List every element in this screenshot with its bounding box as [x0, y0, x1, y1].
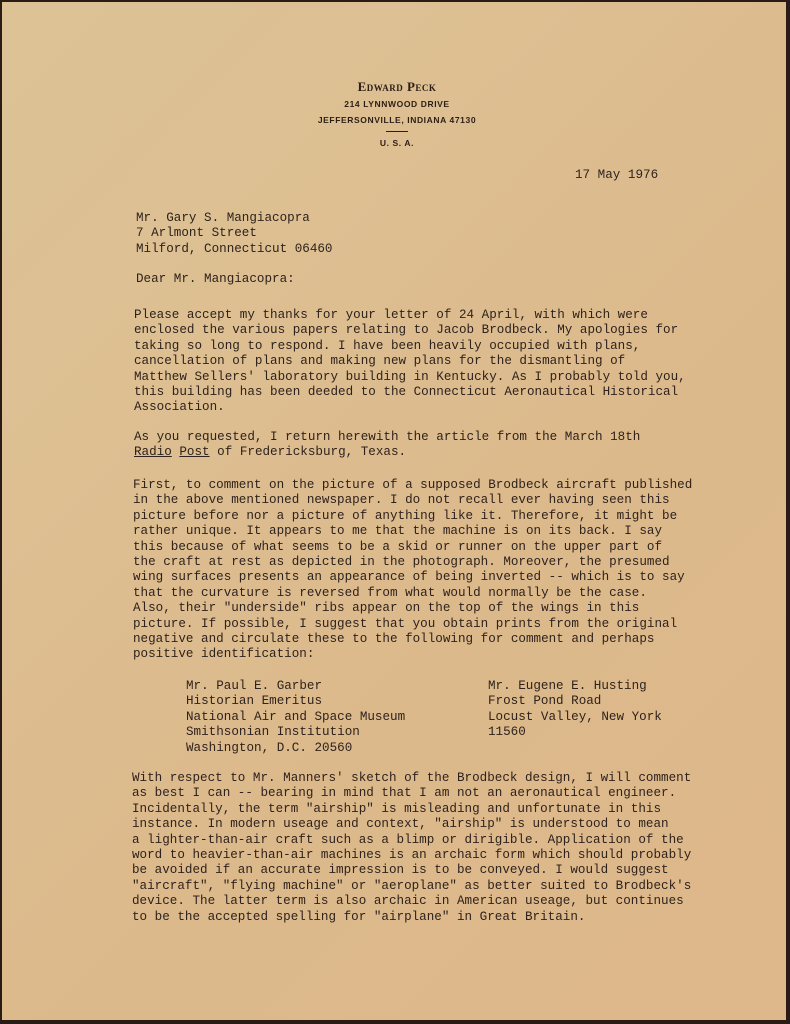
- paragraph-3: First, to comment on the picture of a su…: [133, 478, 692, 663]
- text-line: Mr. Paul E. Garber: [186, 679, 405, 694]
- text-line: device. The latter term is also archaic …: [132, 894, 691, 909]
- text-line: a lighter-than-air craft such as a blimp…: [132, 833, 691, 848]
- paragraph-1: Please accept my thanks for your letter …: [134, 308, 686, 416]
- text-line: Association.: [134, 400, 686, 415]
- text-line: Washington, D.C. 20560: [186, 741, 405, 756]
- recipient-name: Mr. Gary S. Mangiacopra: [136, 211, 333, 226]
- text-line: to be the accepted spelling for "airplan…: [132, 910, 691, 925]
- letterhead-name: Edward Peck: [2, 78, 790, 96]
- text-fragment: of Fredericksburg, Texas.: [210, 445, 407, 459]
- text-line: as best I can -- bearing in mind that I …: [132, 786, 691, 801]
- salutation: Dear Mr. Mangiacopra:: [136, 272, 295, 287]
- publication-title-word: Radio: [134, 445, 172, 459]
- text-line: enclosed the various papers relating to …: [134, 323, 686, 338]
- text-line: Historian Emeritus: [186, 694, 405, 709]
- letterhead-divider: [386, 131, 408, 132]
- text-line: rather unique. It appears to me that the…: [133, 524, 692, 539]
- letterhead-street: 214 Lynnwood Drive: [2, 96, 790, 112]
- text-line: Locust Valley, New York: [488, 710, 662, 725]
- text-line: "aircraft", "flying machine" or "aeropla…: [132, 879, 691, 894]
- text-line: that the curvature is reversed from what…: [133, 586, 692, 601]
- text-line: National Air and Space Museum: [186, 710, 405, 725]
- text-line: wing surfaces presents an appearance of …: [133, 570, 692, 585]
- text-line: positive identification:: [133, 647, 692, 662]
- text-line: Incidentally, the term "airship" is misl…: [132, 802, 691, 817]
- letter-page: Edward Peck 214 Lynnwood Drive Jefferson…: [2, 2, 786, 1020]
- text-line: Please accept my thanks for your letter …: [134, 308, 686, 323]
- text-line: With respect to Mr. Manners' sketch of t…: [132, 771, 691, 786]
- paragraph-4: With respect to Mr. Manners' sketch of t…: [132, 771, 691, 925]
- text-line: instance. In modern useage and context, …: [132, 817, 691, 832]
- text-line: the craft at rest as depicted in the pho…: [133, 555, 692, 570]
- text-line: Matthew Sellers' laboratory building in …: [134, 370, 686, 385]
- text-line: picture before nor a picture of anything…: [133, 509, 692, 524]
- contact-husting: Mr. Eugene E. HustingFrost Pond RoadLocu…: [488, 679, 662, 741]
- recipient-address: Mr. Gary S. Mangiacopra7 Arlmont StreetM…: [136, 211, 333, 257]
- text-line: in the above mentioned newspaper. I do n…: [133, 493, 692, 508]
- text-line: Radio Post of Fredericksburg, Texas.: [134, 445, 640, 460]
- text-line: Frost Pond Road: [488, 694, 662, 709]
- contact-garber: Mr. Paul E. GarberHistorian EmeritusNati…: [186, 679, 405, 756]
- text-line: picture. If possible, I suggest that you…: [133, 617, 692, 632]
- letter-date: 17 May 1976: [575, 168, 658, 183]
- text-line: As you requested, I return herewith the …: [134, 430, 640, 445]
- letterhead-country: U. S. A.: [2, 135, 790, 151]
- publication-title-word: Post: [179, 445, 209, 459]
- text-line: Smithsonian Institution: [186, 725, 405, 740]
- paragraph-2: As you requested, I return herewith the …: [134, 430, 640, 461]
- text-line: negative and circulate these to the foll…: [133, 632, 692, 647]
- text-line: Also, their "underside" ribs appear on t…: [133, 601, 692, 616]
- text-line: 11560: [488, 725, 662, 740]
- text-line: word to heavier-than-air machines is an …: [132, 848, 691, 863]
- text-line: cancellation of plans and making new pla…: [134, 354, 686, 369]
- text-line: this because of what seems to be a skid …: [133, 540, 692, 555]
- recipient-street: 7 Arlmont Street: [136, 226, 333, 241]
- text-line: be avoided if an accurate impression is …: [132, 863, 691, 878]
- letterhead: Edward Peck 214 Lynnwood Drive Jefferson…: [2, 78, 790, 151]
- text-line: taking so long to respond. I have been h…: [134, 339, 686, 354]
- letterhead-city: Jeffersonville, Indiana 47130: [2, 112, 790, 128]
- text-line: First, to comment on the picture of a su…: [133, 478, 692, 493]
- text-line: Mr. Eugene E. Husting: [488, 679, 662, 694]
- text-line: this building has been deeded to the Con…: [134, 385, 686, 400]
- recipient-city: Milford, Connecticut 06460: [136, 242, 333, 257]
